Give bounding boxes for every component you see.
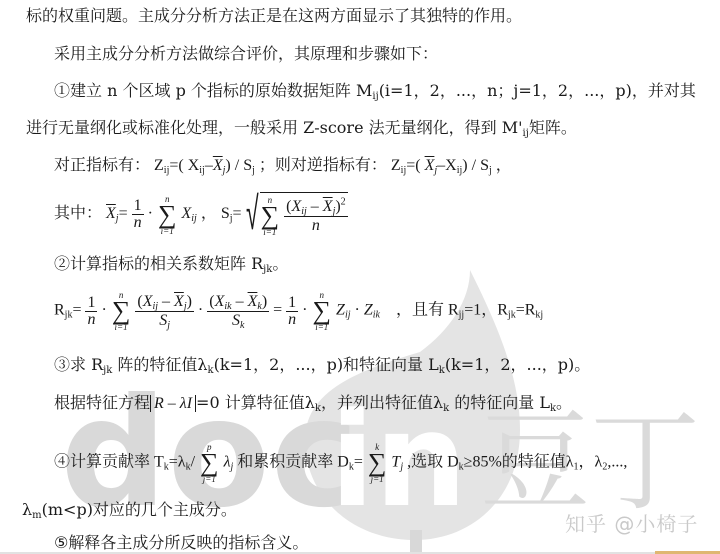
label: ；则对逆指标有： bbox=[259, 157, 387, 174]
radical-icon: √ bbox=[246, 188, 259, 238]
math-symbol: X bbox=[248, 293, 258, 310]
math-symbol: X bbox=[106, 205, 116, 222]
text: 根据特征方程 bbox=[54, 393, 150, 412]
math-symbol: – bbox=[437, 157, 445, 174]
text: (k=1，2，...，p)和特征向量 L bbox=[214, 355, 439, 374]
denominator: n bbox=[286, 312, 298, 328]
text: 的特征向量 L bbox=[449, 393, 550, 412]
mean-std-formula: 其中： Xj= 1 n · n ∑ i=1 Xij ， Sj= √ n ∑ i=… bbox=[54, 192, 348, 237]
math-symbol: X bbox=[188, 157, 200, 174]
math-symbol: – bbox=[311, 198, 319, 215]
correlation-formula: Rjk= 1 n · n ∑ i=1 (Xij – Xj) Sj · (Xik … bbox=[54, 290, 543, 332]
text: 标的权重问题。主成分分析方法正是在这两方面显示了其独特的作用。 bbox=[26, 6, 522, 25]
math-symbol: = bbox=[354, 454, 363, 471]
sigma-icon: ∑ bbox=[368, 452, 387, 474]
math-symbol: – bbox=[236, 293, 244, 310]
math-symbol: · bbox=[148, 205, 153, 222]
paragraph-intro: 采用主成分分析方法做综合评价，其原理和步骤如下： bbox=[54, 44, 438, 64]
text: (m<p)对应的几个主成分。 bbox=[42, 500, 237, 519]
text: =1，R bbox=[464, 302, 508, 319]
math-symbol: ， bbox=[201, 205, 217, 222]
denominator: n bbox=[85, 312, 97, 328]
math-symbol: T bbox=[391, 454, 400, 471]
subscript: jk bbox=[508, 310, 516, 321]
numerator: 1 bbox=[132, 198, 144, 215]
subscript: j bbox=[489, 165, 492, 176]
lower-limit: i=1 bbox=[261, 227, 280, 237]
text: ②计算指标的相关系数矩阵 R bbox=[54, 254, 263, 273]
step-5-line: ⑤解释各主成分所反映的指标含义。 bbox=[54, 533, 308, 553]
text: 。 bbox=[556, 393, 572, 412]
math-symbol: ) bbox=[187, 293, 192, 310]
math-symbol: ) bbox=[262, 293, 267, 310]
denominator: n bbox=[284, 217, 348, 235]
label: 其中： bbox=[54, 205, 102, 222]
subscript: j bbox=[252, 165, 255, 176]
fraction-1-over-n: 1 n bbox=[286, 295, 298, 328]
lower-limit: j=1 bbox=[368, 474, 387, 484]
math-symbol: R bbox=[54, 302, 65, 319]
subscript: j bbox=[231, 462, 234, 473]
subscript: ij bbox=[345, 310, 351, 321]
subscript: jk bbox=[263, 264, 272, 275]
math-symbol: / bbox=[235, 157, 239, 174]
math-symbol: ( bbox=[178, 157, 183, 174]
text: ③求 R bbox=[54, 355, 103, 374]
math-symbol: = bbox=[119, 205, 128, 222]
sigma-icon: ∑ bbox=[313, 300, 332, 322]
subscript: k bbox=[240, 320, 244, 331]
math-symbol: / bbox=[472, 157, 476, 174]
text: 矩阵。 bbox=[529, 118, 577, 137]
text: (i=1，2，...，n；j=1，2，...，p)，并对其 bbox=[379, 81, 696, 100]
summation: n ∑ i=1 bbox=[112, 290, 131, 332]
text: ，且有 R bbox=[396, 302, 459, 319]
math-symbol: · bbox=[355, 302, 360, 319]
math-symbol: S bbox=[221, 205, 230, 222]
sigma-icon: ∑ bbox=[200, 452, 219, 474]
variance-fraction: (Xij – Xj)2 n bbox=[284, 198, 348, 235]
math-symbol: Z bbox=[364, 302, 373, 319]
text: ④计算贡献率 T bbox=[54, 454, 164, 471]
step-4-continuation: λm(m<p)对应的几个主成分。 bbox=[22, 500, 237, 520]
math-symbol: = bbox=[273, 302, 282, 319]
subscript: jk bbox=[103, 365, 112, 376]
math-symbol: ) bbox=[462, 157, 467, 174]
math-symbol: · bbox=[101, 302, 106, 319]
math-symbol: S bbox=[243, 157, 252, 174]
text: ，λ bbox=[579, 454, 603, 471]
text: ，并列出特征值λ bbox=[321, 393, 443, 412]
text: =R bbox=[516, 302, 536, 319]
math-symbol: – bbox=[205, 157, 213, 174]
text: (k=1，2，...，p)。 bbox=[445, 355, 590, 374]
text: ≥85%的特征值λ bbox=[464, 454, 574, 471]
lower-limit: i=1 bbox=[313, 322, 332, 332]
text: ,..., bbox=[607, 454, 627, 471]
fraction-1-over-n: 1 n bbox=[132, 198, 144, 231]
numerator: 1 bbox=[85, 295, 97, 312]
step-2-heading: ②计算指标的相关系数矩阵 Rjk。 bbox=[54, 254, 288, 274]
subscript: ik bbox=[224, 301, 231, 312]
math-symbol: · bbox=[198, 302, 203, 319]
subscript: ij bbox=[191, 213, 197, 224]
superscript: 2 bbox=[341, 196, 346, 207]
z-score-formula-line: 对正指标有： Zij=( Xij–Xj) / Sj ；则对逆指标有： Zij=(… bbox=[54, 156, 512, 176]
step-1-line-2: 进行无量纲化或标准化处理，一般采用 Z-score 法无量纲化，得到 M'ij矩… bbox=[26, 118, 577, 138]
math-symbol: · bbox=[302, 302, 307, 319]
subscript: m bbox=[32, 510, 41, 521]
math-symbol: S bbox=[232, 312, 240, 329]
math-symbol: X bbox=[181, 205, 191, 222]
math-symbol: X bbox=[174, 293, 184, 310]
math-symbol: ) bbox=[225, 157, 230, 174]
label: 对正指标有： bbox=[54, 157, 150, 174]
step-3-line: ③求 Rjk 阵的特征值λk(k=1，2，...，p)和特征向量 Lk(k=1，… bbox=[54, 355, 590, 375]
zhihu-watermark: 知乎 @小椅子 bbox=[565, 508, 698, 537]
math-symbol: = bbox=[233, 205, 242, 222]
lower-limit: i=1 bbox=[158, 226, 177, 236]
summation: n ∑ i=1 bbox=[261, 195, 280, 237]
document-page: 标的权重问题。主成分分析方法正是在这两方面显示了其独特的作用。 采用主成分分析方… bbox=[0, 0, 720, 554]
summation: p ∑ j=1 bbox=[200, 442, 219, 484]
text: =0 计算特征值λ bbox=[196, 393, 315, 412]
math-symbol: ， bbox=[496, 157, 512, 174]
text: =λ bbox=[169, 454, 186, 471]
sigma-icon: ∑ bbox=[112, 300, 131, 322]
text: ,选取 D bbox=[407, 454, 459, 471]
math-symbol: λ bbox=[224, 454, 231, 471]
text: 和累积贡献率 D bbox=[237, 454, 349, 471]
sigma-icon: ∑ bbox=[261, 205, 280, 227]
summation: n ∑ i=1 bbox=[313, 290, 332, 332]
math-symbol: X bbox=[291, 198, 301, 215]
step-4-line: ④计算贡献率 Tk=λk/ p ∑ j=1 λj 和累积贡献率 Dk= k ∑ … bbox=[54, 442, 627, 484]
summation: k ∑ j=1 bbox=[368, 442, 387, 484]
subscript: j bbox=[400, 462, 403, 473]
subscript: ik bbox=[373, 310, 380, 321]
math-symbol: X bbox=[445, 157, 457, 174]
math-symbol: = bbox=[72, 302, 81, 319]
math-symbol: X bbox=[425, 157, 435, 174]
sigma-icon: ∑ bbox=[158, 204, 177, 226]
math-symbol: S bbox=[480, 157, 489, 174]
math-symbol: / bbox=[191, 454, 195, 471]
math-symbol: ( bbox=[415, 157, 420, 174]
subscript: ij bbox=[152, 301, 158, 312]
math-symbol: X bbox=[215, 293, 225, 310]
text: 阵的特征值λ bbox=[112, 355, 207, 374]
math-symbol: Z bbox=[154, 157, 164, 174]
subscript: j bbox=[167, 320, 170, 331]
summation: n ∑ i=1 bbox=[158, 194, 177, 236]
text: λ bbox=[22, 500, 32, 519]
step-1-line-1: ①建立 n 个区域 p 个指标的原始数据矩阵 Mij(i=1，2，...，n；j… bbox=[54, 81, 696, 101]
subscript: kj bbox=[535, 310, 543, 321]
math-symbol: X bbox=[143, 293, 153, 310]
math-symbol: X bbox=[323, 198, 333, 215]
math-symbol: Z bbox=[391, 157, 401, 174]
fraction-xij: (Xij – Xj) Sj bbox=[135, 293, 194, 330]
math-symbol: Z bbox=[336, 302, 345, 319]
text: 进行无量纲化或标准化处理，一般采用 Z-score 法无量纲化，得到 M' bbox=[26, 118, 523, 137]
determinant: R – λI bbox=[150, 395, 196, 412]
math-symbol: X bbox=[213, 157, 223, 174]
fraction-1-over-n: 1 n bbox=[85, 295, 97, 328]
numerator: 1 bbox=[286, 295, 298, 312]
lower-limit: i=1 bbox=[112, 322, 131, 332]
math-symbol: – bbox=[162, 293, 170, 310]
subscript: ij bbox=[301, 206, 307, 217]
text: 采用主成分分析方法做综合评价，其原理和步骤如下： bbox=[54, 44, 438, 63]
math-symbol: = bbox=[406, 157, 415, 174]
denominator: n bbox=[132, 215, 144, 231]
text: ⑤解释各主成分所反映的指标含义。 bbox=[54, 533, 308, 552]
paragraph-line-1: 标的权重问题。主成分分析方法正是在这两方面显示了其独特的作用。 bbox=[26, 6, 522, 26]
text: 。 bbox=[272, 254, 288, 273]
square-root: √ n ∑ i=1 (Xij – Xj)2 n bbox=[246, 192, 348, 237]
text: ①建立 n 个区域 p 个指标的原始数据矩阵 M bbox=[54, 81, 372, 100]
lower-limit: j=1 bbox=[200, 474, 219, 484]
characteristic-equation-line: 根据特征方程R – λI=0 计算特征值λk，并列出特征值λk 的特征向量 Lk… bbox=[54, 393, 572, 414]
fraction-xik: (Xik – Xk) Sk bbox=[207, 293, 269, 330]
